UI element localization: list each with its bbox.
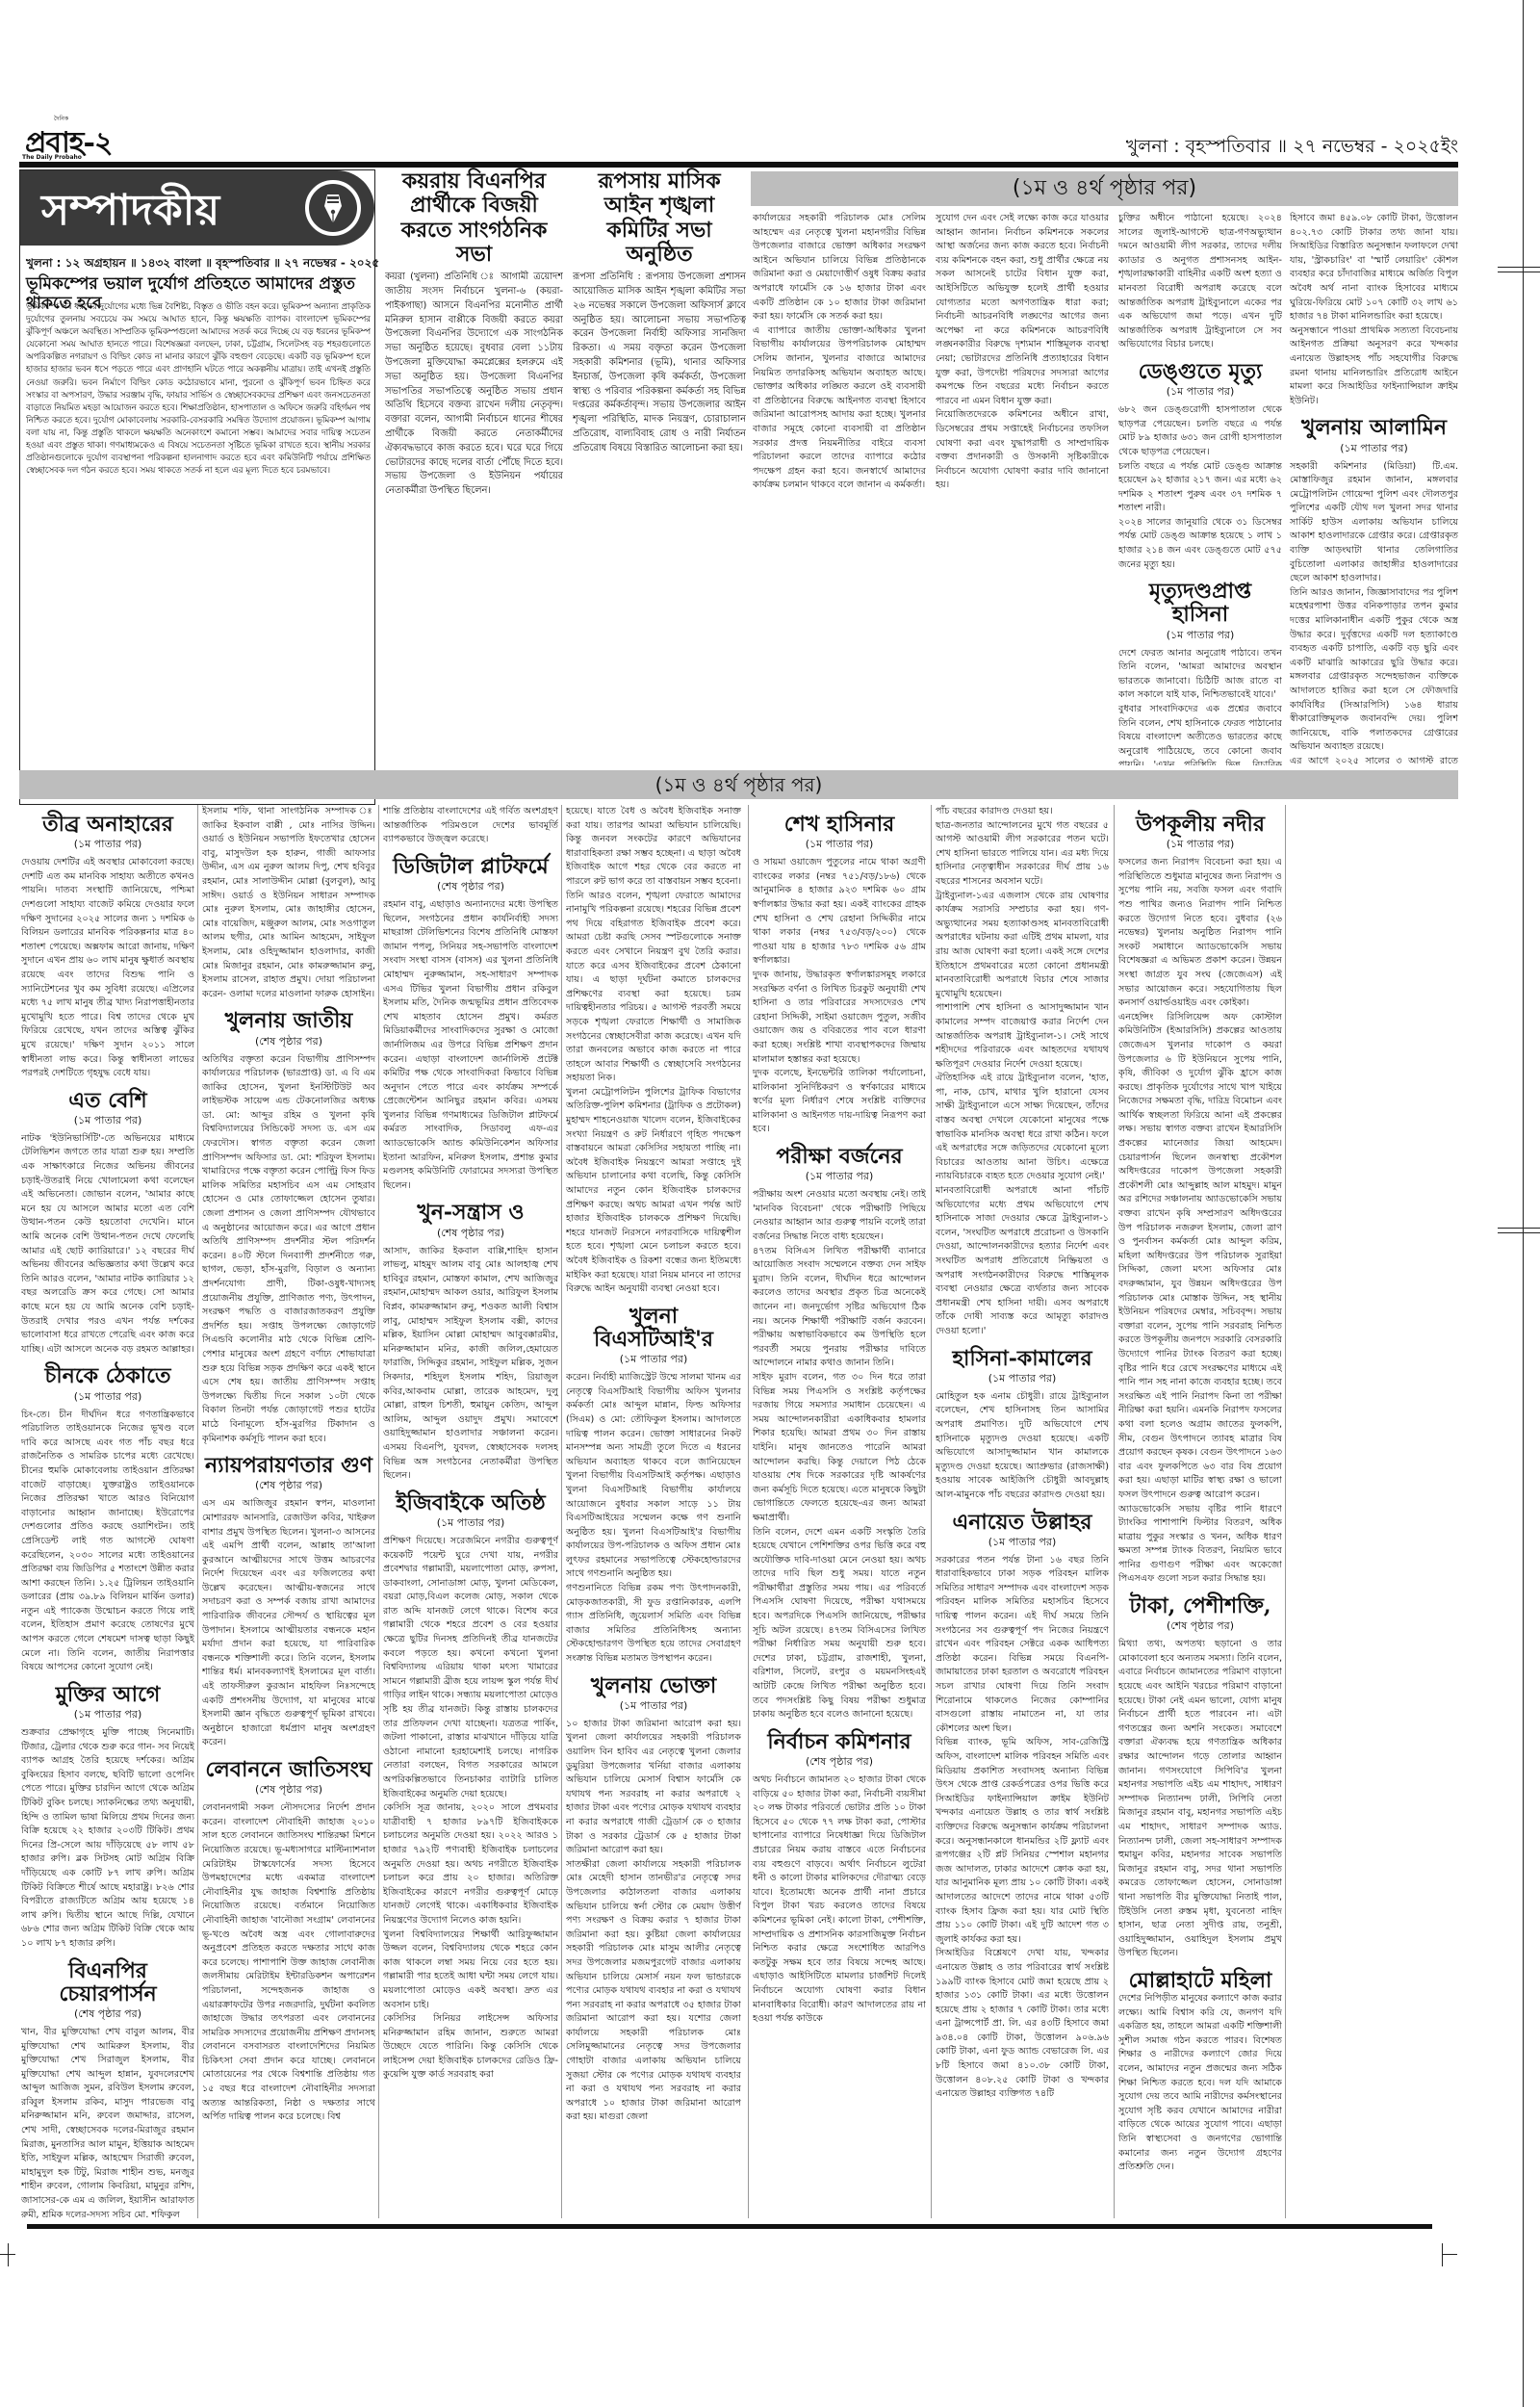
paragraph: হয়েছে। যাতে বৈধ ও অবৈধ ইজিবাইক সনাক্ত ক… bbox=[566, 805, 741, 1086]
continued-story-headline: এনায়েত উল্লাহর bbox=[936, 1511, 1109, 1534]
column-divider bbox=[561, 805, 562, 2218]
paragraph: এর আগে ২০২৫ সালের ৩ আগস্ট রাতে মহেশ্বরপা… bbox=[1290, 755, 1458, 765]
paragraph: ছাত্র-জনতার আন্দোলনের মুখে গত বছরের ৫ আগ… bbox=[936, 819, 1109, 890]
lower-column-7: উপকূলীয় নদীর(১ম পাতার পর)ফসলের জন্য নির… bbox=[1118, 805, 1282, 2218]
paragraph: গণশুনানিতে বিভিন্ন রকম পণ্য উৎপাদনকারী, … bbox=[566, 1582, 741, 1667]
paragraph: দেশে ফেরত আনার অনুরোধ পাঠাবে। তখন তিনি ব… bbox=[1118, 647, 1282, 703]
paragraph: প্রশিক্ষণ দিয়েছে। সরেজমিনে নগরীর গুরুত্… bbox=[383, 1535, 558, 1801]
continued-from-label: (১ম পাতার পর) bbox=[936, 1534, 1109, 1552]
continued-from-label: (শেষ পৃষ্ঠার পর) bbox=[1118, 1618, 1282, 1636]
column-divider bbox=[378, 805, 379, 2218]
lower-column-5: শেখ হাসিনার(১ম পাতার পর)ও সায়মা ওয়াজেদ… bbox=[753, 805, 926, 2218]
continued-from-label: (১ম পাতার পর) bbox=[1118, 836, 1282, 854]
continued-story-headline: টাকা, পেশীশক্তি, bbox=[1118, 1594, 1282, 1618]
crop-mark-mid-2 bbox=[1498, 1232, 1540, 1233]
registration-mark-left-h bbox=[0, 2254, 15, 2255]
paragraph: অথচ নির্বাচনে জামানত ২০ হাজার টাকা থেকে … bbox=[753, 1773, 926, 2027]
column-divider bbox=[197, 805, 198, 2218]
continued-story-headline: পরীক্ষা বর্জনের bbox=[753, 1145, 926, 1168]
continued-from-label: (১ম পাতার পর) bbox=[383, 1514, 558, 1533]
column-divider bbox=[931, 805, 932, 2218]
logo-english-name: The Daily Probaho bbox=[22, 154, 82, 161]
paragraph: অ্যাডভোকেসি সভায় বৃষ্টির পানি ধারণে ট্য… bbox=[1118, 1503, 1282, 1588]
continued-from-label: (১ম পাতার পর) bbox=[566, 1697, 741, 1716]
paragraph: হিসাবে জমা ৪৫৯.০৮ কোটি টাকা, উত্তোলন ৪০২… bbox=[1290, 212, 1458, 324]
paragraph: মোহিতুল হক এনাম চৌধুরী। রায়ে ট্রাইব্যুন… bbox=[936, 1390, 1109, 1503]
paragraph: রহমান বাবু, এছাড়াও অন্যান্যদের মধ্যে উপ… bbox=[383, 898, 558, 1193]
continued-story-headline: ন্যায়পরায়ণতার গুণ bbox=[202, 1454, 375, 1477]
continued-from-label: (১ম পাতার পর) bbox=[1118, 627, 1282, 645]
continued-story-headline: খুলনায় আলামিন bbox=[1290, 416, 1458, 439]
paragraph: ও সায়মা ওয়াজেদ পুতুলের নামে থাকা অগ্রণ… bbox=[753, 856, 926, 969]
paragraph: ফসলের জন্য নিরাপদ বিবেচনা করা হয়। এ পরি… bbox=[1118, 856, 1282, 1011]
editorial-body: ভূমিকম্পে সব ধরনের দুর্যোগের মধ্যে ভিন্ন… bbox=[26, 301, 371, 798]
masthead-date: খুলনা : বৃহস্পতিবার ॥ ২৭ নভেম্বর - ২০২৫ই… bbox=[1126, 133, 1458, 164]
paragraph: ঐতিহাসিক এই রায়ে ট্রাইব্যুনাল বলেন, 'হা… bbox=[936, 1072, 1109, 1184]
lower-column-4: হয়েছে। যাতে বৈধ ও অবৈধ ইজিবাইক সনাক্ত ক… bbox=[566, 805, 741, 2218]
lower-column-3: শান্তি প্রতিষ্ঠায় বাংলাদেশের এই গর্বিত … bbox=[383, 805, 558, 2218]
paragraph: চিং-তে। চীন দীর্ঘদিন ধরে গণতান্ত্রিকভাবে… bbox=[21, 1409, 194, 1675]
masthead: দৈনিক প্রবাহ-২ The Daily Probaho খুলনা :… bbox=[19, 114, 1458, 164]
paragraph: সুযোগ দেন এবং সেই লক্ষ্যে কাজ করে যাওয়া… bbox=[936, 212, 1109, 408]
continued-story-headline: উপকূলীয় নদীর bbox=[1118, 813, 1282, 836]
paragraph: ২০২৪ সালের জানুয়ারি থেকে ৩১ ডিসেম্বর পর… bbox=[1118, 516, 1282, 572]
story-body: কয়রা (খুলনা) প্রতিনিধি ঃ আগামী ত্রয়োদশ… bbox=[385, 271, 563, 819]
paragraph: অনুসন্ধানে পাওয়া প্রাথমিক সত্যতা বিবেচন… bbox=[1290, 324, 1458, 409]
lower-column-2: ইসলাম শফি, থানা সাংগঠনিক সম্পাদক ঃ জাকির… bbox=[202, 805, 375, 2218]
crop-mark-upper bbox=[1498, 267, 1540, 268]
continued-from-label: (শেষ পৃষ্ঠার পর) bbox=[202, 1033, 375, 1051]
paragraph: চুক্তির অধীনে পাঠানো হয়েছে। ২০২৪ সালের … bbox=[1118, 212, 1282, 352]
continued-from-label: (১ম পাতার পর) bbox=[753, 836, 926, 854]
paragraph: তিনি আরও জানান, জিজ্ঞাসাবাদের পর পুলিশ ম… bbox=[1290, 586, 1458, 755]
paragraph: মিথ্যা তথ্য, অপতথ্য ছড়ানো ও তার মোকাবেল… bbox=[1118, 1638, 1282, 1961]
continued-story-headline: মৃত্যুদণ্ডপ্রাপ্ত হাসিনা bbox=[1118, 580, 1282, 626]
paragraph: এস এম আজিজুর রহমান স্বপন, মাওলানা মোশারর… bbox=[202, 1497, 375, 1750]
editorial-title: সম্পাদকীয় bbox=[41, 178, 219, 248]
paragraph: কেসিসি সূত্র জানায়, ২০২০ সালে প্রথমবার … bbox=[383, 1801, 558, 1928]
continued-story-headline: মোল্লাহাটে মহিলা bbox=[1118, 1969, 1282, 1992]
story-headline: রূপসায় মাসিক আইন শৃঙ্খলা কমিটির সভা অনু… bbox=[573, 169, 746, 267]
continued-from-label: (১ম পাতার পর) bbox=[753, 1168, 926, 1186]
column-divider bbox=[1285, 805, 1286, 2218]
paragraph: দেওয়ায় দেশটির এই অবস্থার মোকাবেলা করছে… bbox=[21, 856, 194, 1081]
continued-story-headline: খুলনায় ভোক্তা bbox=[566, 1674, 741, 1697]
paragraph: তিনি বলেন, দেশে এমন একটি সংস্কৃতি তৈরি হ… bbox=[753, 1526, 926, 1722]
continued-story-headline: ইজিবাইকে অতিষ্ঠ bbox=[383, 1491, 558, 1514]
story-body: রূপসা প্রতিনিধি : রূপসায় উপজেলা প্রশাসন… bbox=[573, 271, 746, 819]
continued-story-headline: মুক্তির আগে bbox=[21, 1683, 194, 1706]
continued-story-headline: খুলনা বিএসটিআই'র bbox=[566, 1305, 741, 1351]
paragraph: ৬৮২ জন ডেঙ্গুরোগী হাসপাতাল থেকে ছাড়পত্র… bbox=[1118, 403, 1282, 459]
paragraph: বুধবার সাংবাদিকদের এক প্রশ্নের জবাবে তিন… bbox=[1118, 703, 1282, 765]
continued-story-headline: হাসিনা-কামালের bbox=[936, 1347, 1109, 1370]
paragraph: নাটক 'ইউনিভার্সিটি'-তে অভিনয়ের মাধ্যমে … bbox=[21, 1132, 194, 1358]
paragraph: খুলনা মেট্রোপলিটন পুলিশের ট্রাফিক বিভাগে… bbox=[566, 1086, 741, 1297]
continued-story-headline: চীনকে ঠেকাতে bbox=[21, 1364, 194, 1387]
paragraph: আসাদ, জাকির ইকবাল বাপ্পি,শাহিদ হাসান লাভ… bbox=[383, 1245, 558, 1484]
top-story-koyra: কয়রায় বিএনপির প্রার্থীকে বিজয়ী করতে স… bbox=[385, 169, 563, 795]
paragraph: ইসলাম শফি, থানা সাংগঠনিক সম্পাদক ঃ জাকির… bbox=[202, 805, 375, 1001]
paragraph: করেন। নির্বাহী ম্যাজিস্ট্রেট উম্মে সালমা… bbox=[566, 1371, 741, 1582]
paragraph: এ ব্যাপারে জাতীয় ভোক্তা-অধিকার খুলনা বি… bbox=[753, 324, 926, 493]
paragraph: চলতি বছরে এ পর্যন্ত মোট ডেঙ্গু আক্রান্ত … bbox=[1118, 460, 1282, 516]
editorial-box: সম্পাদকীয় খুলনা : ১২ অগ্রহায়ন ॥ ১৪৩২ ব… bbox=[19, 169, 375, 805]
lower-column-6: পাঁচ বছরের কারাদণ্ড দেওয়া হয়।ছাত্র-জনত… bbox=[936, 805, 1109, 2218]
lower-column-1: তীব্র অনাহারের(১ম পাতার পর)দেওয়ায় দেশট… bbox=[21, 805, 194, 2218]
continued-from-label: (১ম পাতার পর) bbox=[936, 1370, 1109, 1388]
continued-story-headline: ডিজিটাল প্লাটফর্মে bbox=[383, 855, 558, 878]
continued-from-label: (শেষ পৃষ্ঠার পর) bbox=[383, 878, 558, 896]
fountain-pen-icon bbox=[305, 180, 361, 236]
continued-from-label: (শেষ পৃষ্ঠার পর) bbox=[202, 1477, 375, 1495]
continued-from-label: (শেষ পৃষ্ঠার পর) bbox=[21, 2006, 194, 2024]
continued-story-headline: তীব্র অনাহারের bbox=[21, 813, 194, 836]
paragraph: খান, বীর মুক্তিযোদ্ধা শেখ বাবুল আলম, বীর… bbox=[21, 2026, 194, 2218]
paragraph: ট্রাইব্যুনাল-১এর এজলাস থেকে রায় ঘোষণার … bbox=[936, 890, 1109, 1002]
continued-from-label: (শেষ পৃষ্ঠার পর) bbox=[753, 1753, 926, 1772]
column-divider bbox=[1114, 805, 1115, 2218]
paragraph: কেসিসির সিনিয়র লাইসেন্স অফিসার মনিরুজ্জ… bbox=[383, 2012, 558, 2083]
top-story-rupsha: রূপসায় মাসিক আইন শৃঙ্খলা কমিটির সভা অনু… bbox=[573, 169, 746, 795]
newspaper-logo: দৈনিক প্রবাহ-২ The Daily Probaho bbox=[19, 114, 154, 162]
continued-banner-upper: (১ম ও ৪র্থ পৃষ্ঠার পর) bbox=[751, 171, 1458, 206]
continued-from-label: (১ম পাতার পর) bbox=[1290, 440, 1458, 458]
continued-from-label: (১ম পাতার পর) bbox=[21, 1112, 194, 1130]
column-divider bbox=[748, 805, 749, 2218]
masthead-rule bbox=[19, 162, 1458, 168]
registration-mark-right-h bbox=[1442, 2254, 1457, 2255]
upper-column-2: সুযোগ দেন এবং সেই লক্ষ্যে কাজ করে যাওয়া… bbox=[936, 212, 1109, 765]
continued-banner-lower: (১ম ও ৪র্থ পৃষ্ঠার পর) bbox=[19, 770, 1458, 799]
paragraph: পরীক্ষায় অংশ নেওয়ার মতো অবস্থায় নেই। … bbox=[753, 1188, 926, 1244]
continued-from-label: (১ম পাতার পর) bbox=[1118, 383, 1282, 401]
crop-mark-mid bbox=[1498, 1228, 1540, 1229]
registration-mark-left bbox=[8, 2243, 9, 2266]
crop-mark-upper-2 bbox=[1498, 272, 1540, 272]
upper-column-4: হিসাবে জমা ৪৫৯.০৮ কোটি টাকা, উত্তোলন ৪০২… bbox=[1290, 212, 1458, 765]
continued-story-headline: এত বেশি bbox=[21, 1089, 194, 1112]
paragraph: লেবাননগামী সকল নৌসদস্যের নির্দেশ প্রদান … bbox=[202, 1801, 375, 2125]
paragraph: দুদক বলেছে, ইনভেন্টরি তালিকা পর্যালোচনা,… bbox=[753, 1067, 926, 1137]
continued-story-headline: খুলনায় জাতীয় bbox=[202, 1009, 375, 1032]
continued-story-headline: নির্বাচন কমিশনার bbox=[753, 1730, 926, 1753]
continued-from-label: (শেষ পৃষ্ঠার পর) bbox=[202, 1781, 375, 1799]
paragraph: ৪৭তম বিসিএস লিখিত পরীক্ষার্থী ব্যানারে আ… bbox=[753, 1245, 926, 1371]
paragraph: দেশের নিপিড়ীত মানুষের কল্যাণে কাজ করার … bbox=[1118, 1992, 1282, 2175]
continued-from-label: (শেষ পৃষ্ঠার পর) bbox=[383, 1225, 558, 1243]
paragraph: খুলনা বিশ্ববিদ্যালয়ের শিক্ষার্থী আরিফুজ… bbox=[383, 1928, 558, 2013]
paragraph: শুক্রবার প্রেক্ষাগৃহে মুক্তি পাচ্ছে সিনে… bbox=[21, 1726, 194, 1952]
paragraph: পাশাপাশি শেখ হাসিনা ও আসাদুজ্জামান খান ক… bbox=[936, 1001, 1109, 1072]
continued-from-label: (১ম পাতার পর) bbox=[21, 836, 194, 854]
paragraph: ১০ হাজার টাকা জরিমানা আরোপ করা হয়। খুলন… bbox=[566, 1718, 741, 1858]
continued-from-label: (১ম পাতার পর) bbox=[21, 1388, 194, 1407]
paragraph: সহকারী কমিশনার (মিডিয়া) টি.এম. মোস্তাফি… bbox=[1290, 460, 1458, 586]
story-headline: কয়রায় বিএনপির প্রার্থীকে বিজয়ী করতে স… bbox=[385, 169, 563, 267]
page-bottom-rule bbox=[27, 2224, 1432, 2229]
paragraph: অতিথির বক্তৃতা করেন বিভাগীয় প্রাণিসম্পদ… bbox=[202, 1053, 375, 1447]
upper-column-1: কার্যালয়ের সহকারী পরিচালক মোঃ সেলিম আহম… bbox=[753, 212, 926, 765]
editorial-date: খুলনা : ১২ অগ্রহায়ন ॥ ১৪৩২ বাংলা ॥ বৃহস… bbox=[26, 255, 371, 274]
paragraph: মানবতাবিরোধী অপরাধে আনা পাঁচটি অভিযোগের … bbox=[936, 1184, 1109, 1339]
continued-story-headline: শেখ হাসিনার bbox=[753, 813, 926, 836]
registration-mark-right bbox=[1442, 2243, 1443, 2266]
upper-column-3: চুক্তির অধীনে পাঠানো হয়েছে। ২০২৪ সালের … bbox=[1118, 212, 1282, 765]
paragraph: সাতক্ষীরা জেলা কার্যালয়ে সহকারী পরিচালক… bbox=[566, 1858, 741, 2125]
continued-from-label: (১ম পাতার পর) bbox=[21, 1706, 194, 1724]
paragraph: সাইফ মুরাদ বলেন, গত ৩০ দিন ধরে তারা বিভি… bbox=[753, 1371, 926, 1526]
paragraph: নিয়োজিতদেরকে কমিশনের অধীনে রাখা, ডিসেম্… bbox=[936, 408, 1109, 493]
page-edge-right bbox=[1523, 0, 1524, 2407]
paragraph: সরকারের পতন পর্যন্ত টানা ১৬ বছর তিনি ধার… bbox=[936, 1554, 1109, 1737]
paragraph: বিভিন্ন ব্যাংক, ভূমি অফিস, সাব-রেজিস্ট্র… bbox=[936, 1736, 1109, 1947]
paragraph: শান্তি প্রতিষ্ঠায় বাংলাদেশের এই গর্বিত … bbox=[383, 805, 558, 847]
paragraph: কার্যালয়ের সহকারী পরিচালক মোঃ সেলিম আহম… bbox=[753, 212, 926, 324]
continued-story-headline: ডেঙ্গুতে মৃত্যু bbox=[1118, 360, 1282, 383]
paragraph: সিআইডির বিশ্লেষণে দেখা যায়, খন্দকার এনা… bbox=[936, 1947, 1109, 2102]
continued-story-headline: বিএনপির চেয়ারপার্সন bbox=[21, 1959, 194, 2006]
paragraph: দুদক জানায়, উদ্ধারকৃত স্বর্ণালঙ্কারসমূহ… bbox=[753, 969, 926, 1067]
continued-from-label: (১ম পাতার পর) bbox=[566, 1351, 741, 1369]
editorial-banner: সম্পাদকীয় bbox=[20, 170, 374, 246]
paragraph: এনহেন্সিং রিসিলিয়েন্স অফ কোস্টাল কমিউনি… bbox=[1118, 1011, 1282, 1503]
continued-story-headline: খুন-সন্ত্রাস ও bbox=[383, 1201, 558, 1224]
continued-story-headline: লেবাননে জাতিসংঘ bbox=[202, 1758, 375, 1781]
paragraph: পাঁচ বছরের কারাদণ্ড দেওয়া হয়। bbox=[936, 805, 1109, 819]
